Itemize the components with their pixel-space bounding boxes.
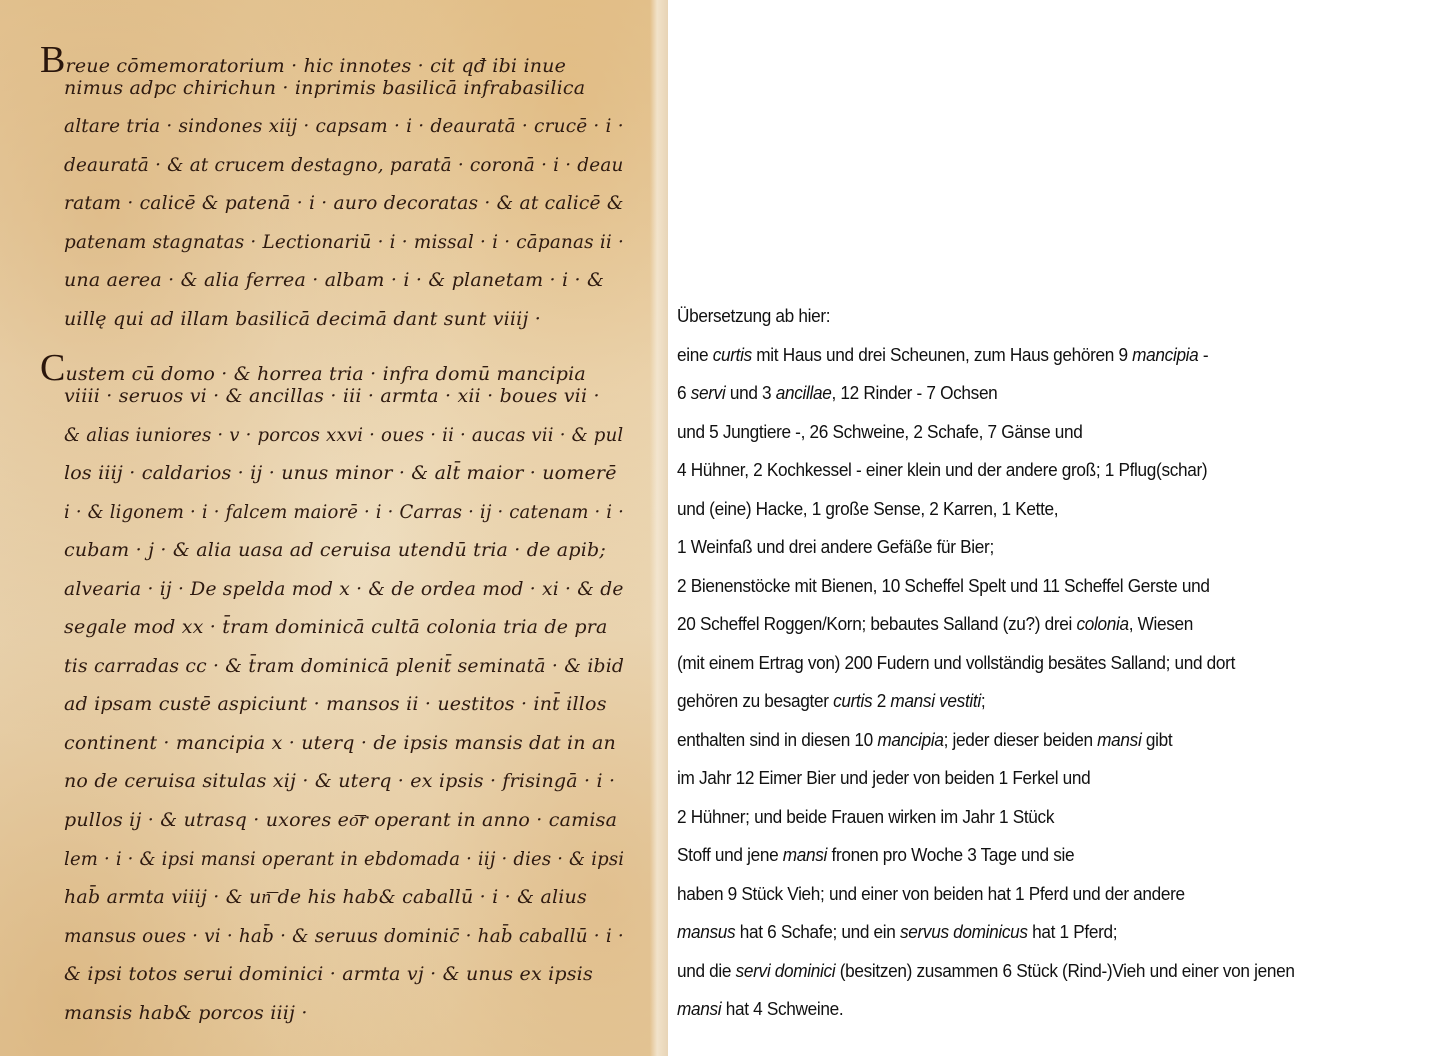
translation-text-segment: haben 9 Stück Vieh; und einer von beiden… (677, 883, 1185, 904)
manuscript-initial: B (40, 39, 66, 81)
manuscript-line: mansis hab& porcos iiij · (64, 1002, 308, 1024)
translation-line: (mit einem Ertrag von) 200 Fudern und vo… (677, 652, 1235, 674)
latin-term: servi dominici (736, 960, 836, 981)
translation-line: 20 Scheffel Roggen/Korn; bebautes Sallan… (677, 613, 1193, 635)
manuscript-line: Breue cōmemoratorium · hic innotes · cit… (40, 38, 566, 82)
manuscript-line: & ipsi totos serui dominici · armta vj ·… (64, 963, 593, 985)
manuscript-line: hab̄ armta viiij · & un͞ de his hab& cab… (64, 886, 587, 909)
translation-line: gehören zu besagter curtis 2 mansi vesti… (677, 690, 985, 712)
manuscript-line: i · & ligonem · i · falcem maiorē · i · … (64, 501, 624, 523)
manuscript-line: ratam · calicē & patenā · i · auro decor… (64, 192, 624, 214)
manuscript-line-text: & alias iuniores · v · porcos xxvi · oue… (64, 424, 623, 446)
translation-line: haben 9 Stück Vieh; und einer von beiden… (677, 883, 1185, 905)
translation-text-segment: und (eine) Hacke, 1 große Sense, 2 Karre… (677, 498, 1058, 519)
translation-line: 2 Bienenstöcke mit Bienen, 10 Scheffel S… (677, 575, 1210, 597)
latin-term: mancipia (877, 729, 943, 750)
manuscript-line: pullos ij · & utrasq · uxores eo͞r opera… (64, 809, 617, 832)
translation-line: enthalten sind in diesen 10 mancipia; je… (677, 729, 1172, 751)
manuscript-line-text: reue cōmemoratorium · hic innotes · cit … (66, 55, 567, 77)
translation-text-segment: , Wiesen (1129, 613, 1193, 634)
manuscript-line: uillę qui ad illam basilicā decimā dant … (64, 308, 541, 330)
translation-text-segment: 4 Hühner, 2 Kochkessel - einer klein und… (677, 459, 1207, 480)
manuscript-line: cubam · j · & alia uasa ad ceruisa utend… (64, 539, 606, 561)
manuscript-line-text: tis carradas cc · & t̄ram dominicā pleni… (64, 655, 624, 677)
manuscript-line-text: patenam stagnatas · Lectionariū · i · mi… (64, 231, 624, 253)
translation-text-segment: ; (981, 690, 985, 711)
translation-text-segment: hat 6 Schafe; und ein (735, 921, 900, 942)
manuscript-line: alvearia · ij · De spelda mod x · & de o… (64, 578, 624, 600)
translation-line: mansi hat 4 Schweine. (677, 998, 843, 1020)
translation-line: Stoff und jene mansi fronen pro Woche 3 … (677, 844, 1074, 866)
manuscript-line: & alias iuniores · v · porcos xxvi · oue… (64, 424, 623, 446)
manuscript-line-text: ad ipsam custē aspiciunt · mansos ii · u… (64, 693, 607, 715)
manuscript-line-text: alvearia · ij · De spelda mod x · & de o… (64, 578, 624, 600)
manuscript-line-text: i · & ligonem · i · falcem maiorē · i · … (64, 501, 624, 523)
translation-line: 4 Hühner, 2 Kochkessel - einer klein und… (677, 459, 1207, 481)
translation-text-segment: (besitzen) zusammen 6 Stück (Rind-)Vieh … (835, 960, 1294, 981)
latin-term: ancillae (776, 382, 832, 403)
latin-term: curtis (833, 690, 872, 711)
manuscript-line-text: segale mod xx · t̄ram dominicā cultā col… (64, 616, 608, 638)
translation-text-segment: eine (677, 344, 713, 365)
translation-text-segment: im Jahr 12 Eimer Bier und jeder von beid… (677, 767, 1090, 788)
manuscript-line-text: pullos ij · & utrasq · uxores eo͞r opera… (64, 809, 617, 831)
translation-text-segment: 20 Scheffel Roggen/Korn; bebautes Sallan… (677, 613, 1076, 634)
translation-text-segment: enthalten sind in diesen 10 (677, 729, 877, 750)
translation-text-segment: hat 4 Schweine. (721, 998, 843, 1019)
translation-text-segment: 6 (677, 382, 691, 403)
translation-text-segment: (mit einem Ertrag von) 200 Fudern und vo… (677, 652, 1235, 673)
manuscript-line: Custem cū domo · & horrea tria · infra d… (40, 346, 586, 390)
manuscript-line: ad ipsam custē aspiciunt · mansos ii · u… (64, 693, 607, 715)
translation-text-segment: gehören zu besagter (677, 690, 833, 711)
latin-term: servus dominicus (900, 921, 1028, 942)
manuscript-line: viiii · seruos vi · & ancillas · iii · a… (64, 385, 600, 407)
translation-text-segment: 2 Hühner; und beide Frauen wirken im Jah… (677, 806, 1054, 827)
manuscript-line: altare tria · sindones xiij · capsam · i… (64, 115, 624, 137)
translation-text-segment: fronen pro Woche 3 Tage und sie (827, 844, 1074, 865)
manuscript-line: patenam stagnatas · Lectionariū · i · mi… (64, 231, 624, 253)
manuscript-line: tis carradas cc · & t̄ram dominicā pleni… (64, 655, 624, 677)
manuscript-image: Breue cōmemoratorium · hic innotes · cit… (0, 0, 668, 1056)
manuscript-initial: C (40, 347, 66, 389)
manuscript-line-text: no de ceruisa situlas xij · & uterq · ex… (64, 770, 615, 792)
translation-text-segment: 1 Weinfaß und drei andere Gefäße für Bie… (677, 536, 994, 557)
manuscript-line-text: altare tria · sindones xiij · capsam · i… (64, 115, 624, 137)
latin-term: colonia (1076, 613, 1128, 634)
translation-text-segment: Stoff und jene (677, 844, 783, 865)
manuscript-line-text: lem · i · & ipsi mansi operant in ebdoma… (64, 848, 624, 870)
manuscript-line: mansus oues · vi · hab̄ · & seruus domin… (64, 925, 624, 947)
manuscript-line-text: una aerea · & alia ferrea · albam · i · … (64, 269, 604, 291)
manuscript-line-text: los iiij · caldarios · ij · unus minor ·… (64, 462, 617, 484)
translation-line: und die servi dominici (besitzen) zusamm… (677, 960, 1295, 982)
manuscript-line: lem · i · & ipsi mansi operant in ebdoma… (64, 848, 624, 870)
translation-text-segment: 2 Bienenstöcke mit Bienen, 10 Scheffel S… (677, 575, 1210, 596)
translation-line: eine curtis mit Haus und drei Scheunen, … (677, 344, 1208, 366)
translation-line: im Jahr 12 Eimer Bier und jeder von beid… (677, 767, 1090, 789)
manuscript-line: continent · mancipia x · uterq · de ipsi… (64, 732, 616, 754)
manuscript-line: segale mod xx · t̄ram dominicā cultā col… (64, 616, 608, 638)
manuscript-line-text: viiii · seruos vi · & ancillas · iii · a… (64, 385, 600, 407)
manuscript-line-text: & ipsi totos serui dominici · armta vj ·… (64, 963, 593, 985)
manuscript-line-text: ustem cū domo · & horrea tria · infra do… (66, 363, 586, 385)
manuscript-line-text: continent · mancipia x · uterq · de ipsi… (64, 732, 616, 754)
manuscript-line: deauratā · & at crucem destagno, paratā … (64, 154, 624, 176)
manuscript-line: nimus adpc chirichun · inprimis basilicā… (64, 77, 585, 99)
translation-text-segment: mit Haus und drei Scheunen, zum Haus geh… (752, 344, 1132, 365)
manuscript-line-text: uillę qui ad illam basilicā decimā dant … (64, 308, 541, 330)
latin-term: servi (691, 382, 726, 403)
translation-text-segment: - (1198, 344, 1208, 365)
translation-text-segment: und 5 Jungtiere -, 26 Schweine, 2 Schafe… (677, 421, 1083, 442)
manuscript-line-text: hab̄ armta viiij · & un͞ de his hab& cab… (64, 886, 587, 908)
latin-term: mansi (677, 998, 721, 1019)
translation-text-segment: ; jeder dieser beiden (944, 729, 1098, 750)
translation-line: und 5 Jungtiere -, 26 Schweine, 2 Schafe… (677, 421, 1083, 443)
translation-line: und (eine) Hacke, 1 große Sense, 2 Karre… (677, 498, 1058, 520)
manuscript-line-text: ratam · calicē & patenā · i · auro decor… (64, 192, 624, 214)
manuscript-line-text: nimus adpc chirichun · inprimis basilicā… (64, 77, 585, 99)
translation-heading: Übersetzung ab hier: (677, 305, 830, 327)
translation-text-segment: Übersetzung ab hier: (677, 305, 830, 326)
latin-term: mansi (1097, 729, 1141, 750)
latin-term: mansi (783, 844, 827, 865)
manuscript-line: una aerea · & alia ferrea · albam · i · … (64, 269, 604, 291)
manuscript-line-text: mansis hab& porcos iiij · (64, 1002, 308, 1024)
manuscript-page-edge (650, 0, 668, 1056)
latin-term: curtis (713, 344, 752, 365)
manuscript-line: no de ceruisa situlas xij · & uterq · ex… (64, 770, 615, 792)
translation-text-segment: gibt (1141, 729, 1172, 750)
translation-line: 1 Weinfaß und drei andere Gefäße für Bie… (677, 536, 994, 558)
manuscript-line-text: mansus oues · vi · hab̄ · & seruus domin… (64, 925, 624, 947)
translation-text-segment: und die (677, 960, 736, 981)
translation-text-segment: hat 1 Pferd; (1028, 921, 1117, 942)
manuscript-line-text: cubam · j · & alia uasa ad ceruisa utend… (64, 539, 606, 561)
manuscript-line-text: deauratā · & at crucem destagno, paratā … (64, 154, 624, 176)
translation-text-segment: und 3 (725, 382, 775, 403)
translation-line: 2 Hühner; und beide Frauen wirken im Jah… (677, 806, 1054, 828)
translation-line: mansus hat 6 Schafe; und ein servus domi… (677, 921, 1117, 943)
translation-text-segment: , 12 Rinder - 7 Ochsen (831, 382, 997, 403)
latin-term: mansi vestiti (890, 690, 980, 711)
latin-term: mancipia (1132, 344, 1198, 365)
manuscript-line: los iiij · caldarios · ij · unus minor ·… (64, 462, 617, 484)
translation-line: 6 servi und 3 ancillae, 12 Rinder - 7 Oc… (677, 382, 997, 404)
latin-term: mansus (677, 921, 735, 942)
translation-text-segment: 2 (872, 690, 890, 711)
